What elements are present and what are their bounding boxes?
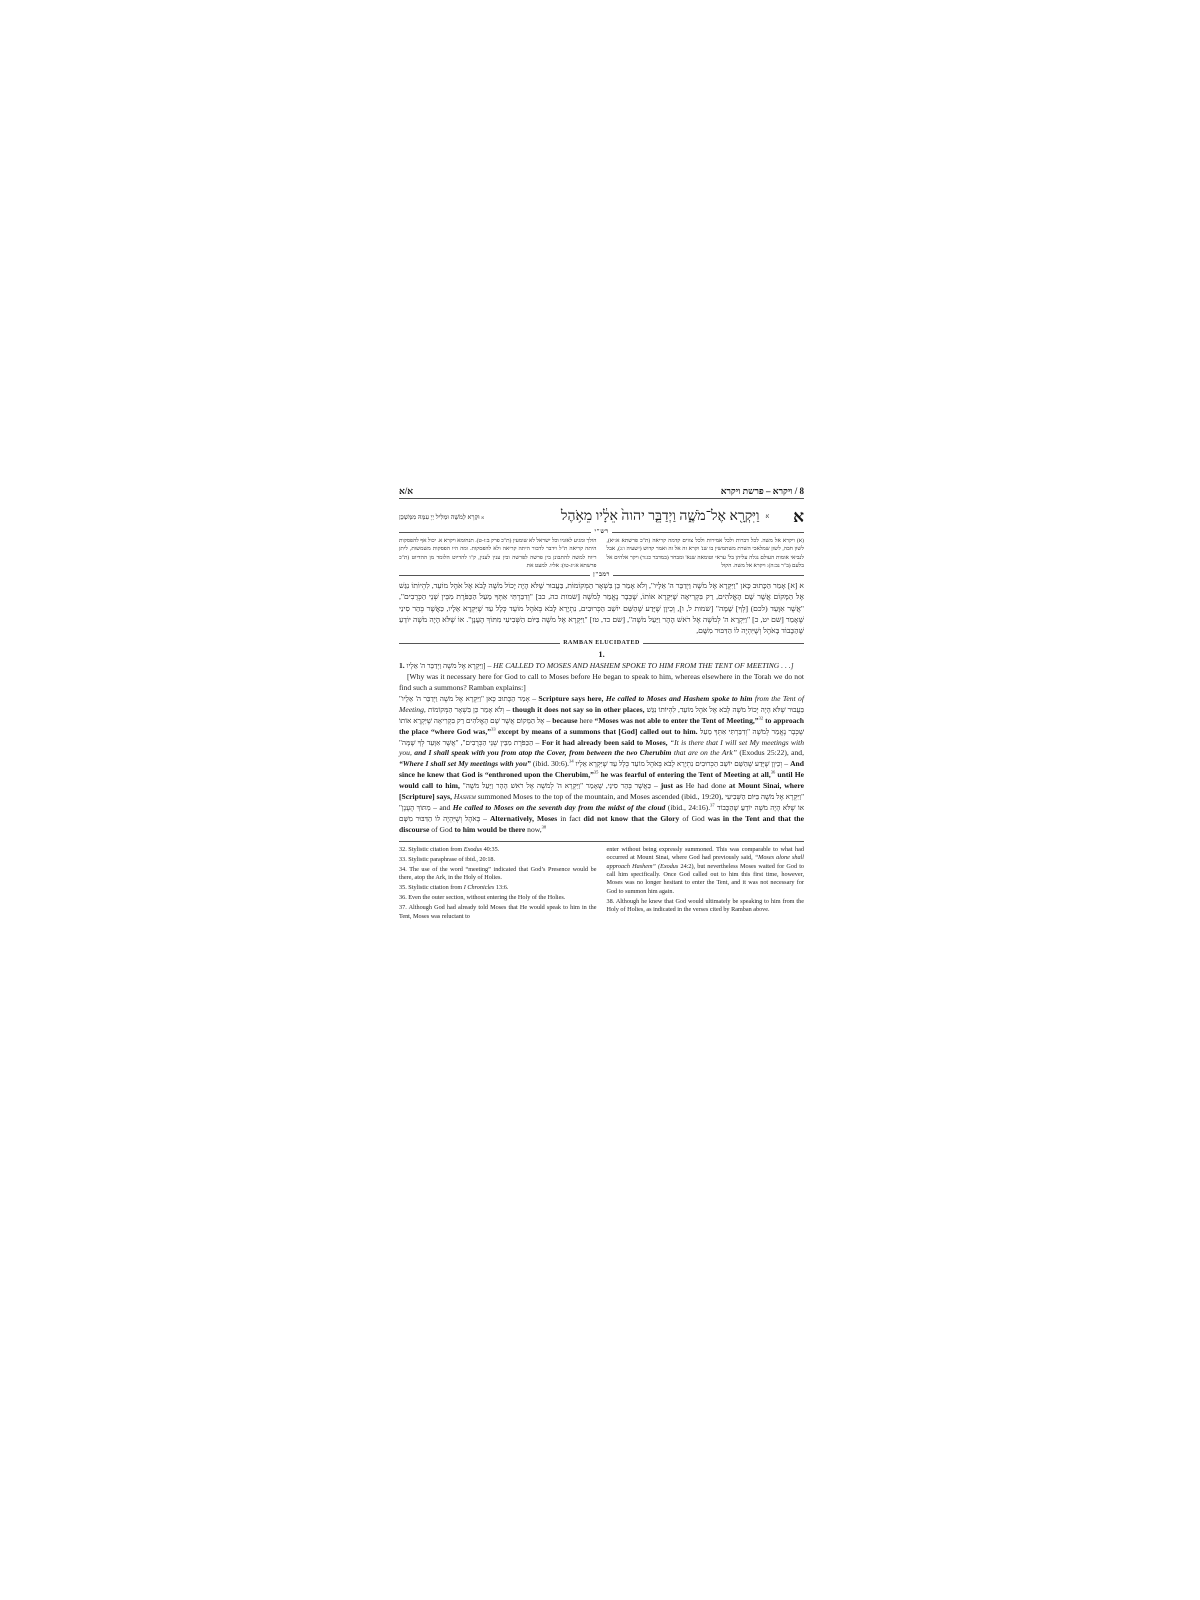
- footnote-ref[interactable]: 33: [491, 726, 496, 731]
- rashi-column-right: (א) ויקרא אל משה. לכל דברות ולכל אמירות …: [607, 537, 805, 570]
- elucidated-divider: RAMBAN ELUCIDATED: [399, 640, 804, 646]
- english-plain: and: [439, 803, 450, 812]
- footnote-37: 37. Although God had already told Moses …: [399, 904, 597, 921]
- rashi-divider: רש"י: [399, 529, 804, 535]
- chapter-verse-marker: א/א: [399, 486, 413, 496]
- verse-text: וַיִּקְרָ֖א אֶל־מֹשֶׁ֑ה וַיְדַבֵּ֤ר יהוה…: [561, 509, 760, 525]
- footnote-ref[interactable]: 32: [759, 715, 764, 720]
- targum-text: וּקְרָא לְמֹשֶׁה וּמַלִּיל יְיָ עִמֵּהּ …: [399, 514, 480, 521]
- elucidation-paragraph: אָמַר הַכָּתוּב כָּאן "וַיִּקְרָא אֶל מֹ…: [399, 694, 804, 836]
- targum-verse-number: א: [481, 515, 484, 520]
- footnote-ref[interactable]: 36: [771, 770, 776, 775]
- english-bold: because: [552, 716, 577, 725]
- english-plain: in fact: [560, 814, 580, 823]
- hebrew-phrase: כַּאֲשֶׁר בְּהַר סִינַי, שֶׁאָמַר "וַיִּ…: [463, 782, 651, 790]
- running-head: א/א 8 / ויקרא – פרשת ויקרא: [399, 482, 804, 499]
- rashi-label: רש"י: [591, 529, 611, 535]
- english-bold: For it had already been said to Moses,: [542, 738, 668, 747]
- english-bold: except by means of a summons that [God] …: [498, 727, 698, 736]
- elucidated-label: RAMBAN ELUCIDATED: [560, 640, 643, 646]
- page-header-title: 8 / ויקרא – פרשת ויקרא: [721, 486, 804, 496]
- english-bold: though it does not say so in other place…: [512, 705, 644, 714]
- english-bold: just as: [661, 781, 683, 790]
- english-bold-italic: He called to Moses on the seventh day fr…: [453, 803, 666, 812]
- lemma-number: 1.: [399, 661, 405, 670]
- hebrew-phrase: אָמַר הַכָּתוּב כָּאן "וַיִּקְרָא אֶל מֹ…: [399, 695, 530, 703]
- book-page: א/א 8 / ויקרא – פרשת ויקרא א וּקְרָא לְמ…: [399, 482, 804, 923]
- english-italic: that are on the Ark”: [674, 748, 737, 757]
- footnotes-right-column: enter without being expressly summoned. …: [607, 846, 805, 923]
- english-bold: Scripture says here,: [538, 694, 603, 703]
- footnote-32: 32. Stylistic citation from Exodus 40:35…: [399, 846, 597, 854]
- torah-verse: א א וַיִּקְרָ֖א אֶל־מֹשֶׁ֑ה וַיְדַבֵּ֤ר …: [561, 507, 804, 527]
- lemma-hebrew: [וַיִּקְרָא אֶל מֹשֶׁה וַיְדַבֵּר ה' אֵל…: [407, 662, 486, 670]
- divider-line: [399, 532, 591, 533]
- citation: (Exodus 25:22), and,: [739, 748, 804, 757]
- english-bold-italic: “Where I shall set My meetings with you”: [399, 759, 531, 768]
- chapter-letter: א: [793, 507, 804, 527]
- hebrew-phrase: וְכֵיוָן שֶׁיָּדַע שֶׁהַשֵּׁם יוֹשֵׁב הַ…: [576, 760, 783, 768]
- english-plain: now,: [527, 825, 541, 834]
- rashi-commentary: (א) ויקרא אל משה. לכל דברות ולכל אמירות …: [399, 537, 804, 570]
- english-bold-italic: He called to Moses and Hashem spoke to h…: [606, 694, 753, 703]
- citation: (ibid. 30:6).: [533, 759, 569, 768]
- divider-line: [399, 575, 590, 576]
- divider-line: [399, 643, 560, 644]
- footnote-38: 38. Although he knew that God would ulti…: [607, 898, 805, 915]
- english-bold: to him would be there: [455, 825, 526, 834]
- rashi-column-left: הולך ומגיע לאזניו וכל ישראל לא שומעין (ת…: [399, 537, 597, 570]
- citation: (ibid., 24:16).: [668, 803, 710, 812]
- divider-line: [643, 643, 804, 644]
- ramban-hebrew-text: א [א] אָמַר הַכָּתוּב כָּאן "וַיִּקְרָא …: [399, 580, 804, 636]
- english-plain: of God: [682, 814, 704, 823]
- footnote-35: 35. Stylistic citation from I Chronicles…: [399, 884, 597, 892]
- footnote-37-continued: enter without being expressly summoned. …: [607, 846, 805, 896]
- english-italic: Hashem: [454, 792, 476, 801]
- ramban-divider: רמב"ן: [399, 572, 804, 578]
- section-number: 1.: [399, 649, 804, 659]
- english-bold: did not know that the Glory: [583, 814, 679, 823]
- elucidation-body: 1. [וַיִּקְרָא אֶל מֹשֶׁה וַיְדַבֵּר ה' …: [399, 661, 804, 836]
- hebrew-phrase: וְלֹא אָמַר כֵּן בִּשְׁאָר הַמְּקוֹמוֹת: [428, 706, 504, 714]
- english-bold: he was fearful of entering the Tent of M…: [601, 770, 771, 779]
- footnotes: 32. Stylistic citation from Exodus 40:35…: [399, 846, 804, 923]
- elucidation-intro: [Why was it necessary here for God to ca…: [399, 672, 804, 694]
- footnote-34: 34. The use of the word “meeting” indica…: [399, 866, 597, 883]
- verse-number: א: [765, 514, 769, 520]
- footnote-ref[interactable]: 37: [710, 802, 715, 807]
- footnote-ref[interactable]: 34: [569, 759, 574, 764]
- ramban-label: רמב"ן: [590, 572, 613, 578]
- english-plain: He had done: [686, 781, 726, 790]
- footnote-ref[interactable]: 35: [594, 770, 599, 775]
- english-plain: here: [580, 716, 593, 725]
- english-plain: summoned Moses to the top of the mountai…: [478, 792, 724, 801]
- english-bold: “Moses was not able to enter the Tent of…: [595, 716, 759, 725]
- footnote-33: 33. Stylistic paraphrase of ibid., 20:18…: [399, 856, 597, 864]
- divider-line: [612, 532, 804, 533]
- footnote-divider: [399, 841, 804, 842]
- divider-line: [613, 575, 804, 576]
- english-bold: Alternatively, Moses: [490, 814, 557, 823]
- lemma-english: HE CALLED TO MOSES AND HASHEM SPOKE TO H…: [493, 661, 793, 670]
- verse-row: א וּקְרָא לְמֹשֶׁה וּמַלִּיל יְיָ עִמֵּה…: [399, 507, 804, 527]
- targum-onkelos: א וּקְרָא לְמֹשֶׁה וּמַלִּיל יְיָ עִמֵּה…: [399, 514, 484, 521]
- footnote-36: 36. Even the outer section, without ente…: [399, 894, 597, 902]
- english-bold-italic: and I shall speak with you from atop the…: [414, 748, 671, 757]
- footnote-ref[interactable]: 38: [542, 824, 547, 829]
- lemma-heading: 1. [וַיִּקְרָא אֶל מֹשֶׁה וַיְדַבֵּר ה' …: [399, 661, 804, 672]
- footnotes-left-column: 32. Stylistic citation from Exodus 40:35…: [399, 846, 597, 923]
- english-plain: of God: [431, 825, 452, 834]
